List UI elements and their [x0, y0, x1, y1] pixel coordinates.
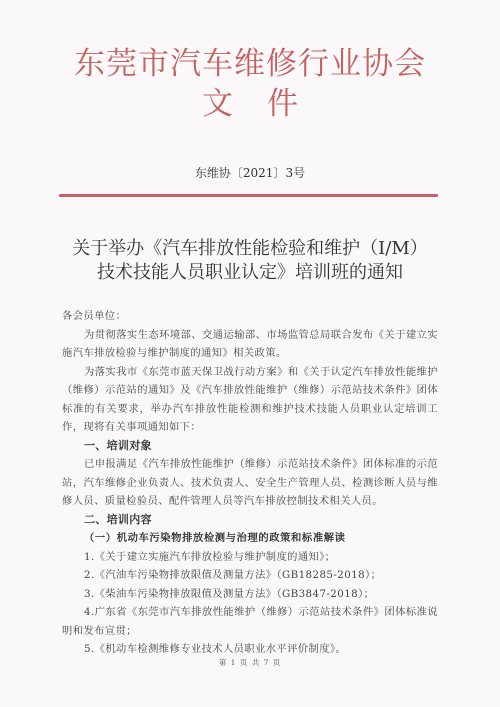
paragraph: 为落实我市《东莞市蓝天保卫战行动方案》和《关于认定汽车排放性能维护（维修）示范站…	[62, 363, 438, 437]
section-text: 已申报满足《汽车排放性能维护（维修）示范站技术条件》团体标准的示范站，汽车维修企…	[62, 455, 438, 511]
page-indicator: 第 1 页 共 7 页	[0, 657, 500, 668]
document-number: 东维协〔2021〕3号	[0, 165, 500, 181]
section-heading: 二、培训内容	[62, 511, 438, 530]
subsection-heading: （一）机动车污染物排放检测与治理的政策和标准解读	[62, 529, 438, 548]
paragraph: 为贯彻落实生态环境部、交通运输部、市场监管总局联合发布《关于建立实施汽车排放检验…	[62, 326, 438, 363]
document-type: 文件	[0, 84, 500, 124]
organization-name: 东莞市汽车维修行业协会	[0, 44, 500, 84]
document-page: 东莞市汽车维修行业协会 文件 东维协〔2021〕3号 关于举办《汽车排放性能检验…	[0, 0, 500, 707]
title-line-2: 技术技能人员职业认定》培训班的通知	[0, 261, 500, 285]
title-line-1: 关于举办《汽车排放性能检验和维护（I/M）	[0, 237, 500, 261]
document-body: 各会员单位： 为贯彻落实生态环境部、交通运输部、市场监管总局联合发布《关于建立实…	[62, 307, 438, 659]
list-item: 2.《汽油车污染物排放限值及测量方法》（GB18285-2018）；	[62, 566, 438, 585]
red-divider-line	[59, 194, 438, 197]
list-item: 4.广东省《东莞市汽车排放性能维护（维修）示范站技术条件》团体标准说明和发布宣贯…	[62, 603, 438, 640]
section-heading: 一、培训对象	[62, 437, 438, 456]
document-title: 关于举办《汽车排放性能检验和维护（I/M） 技术技能人员职业认定》培训班的通知	[0, 237, 500, 285]
list-item: 3.《柴油车污染物排放限值及测量方法》（GB3847-2018）；	[62, 585, 438, 604]
list-item: 1.《关于建立实施汽车排放检验与维护制度的通知》；	[62, 548, 438, 567]
list-item: 5.《机动车检测维修专业技术人员职业水平评价制度》。	[62, 640, 438, 659]
salutation: 各会员单位：	[62, 307, 438, 326]
